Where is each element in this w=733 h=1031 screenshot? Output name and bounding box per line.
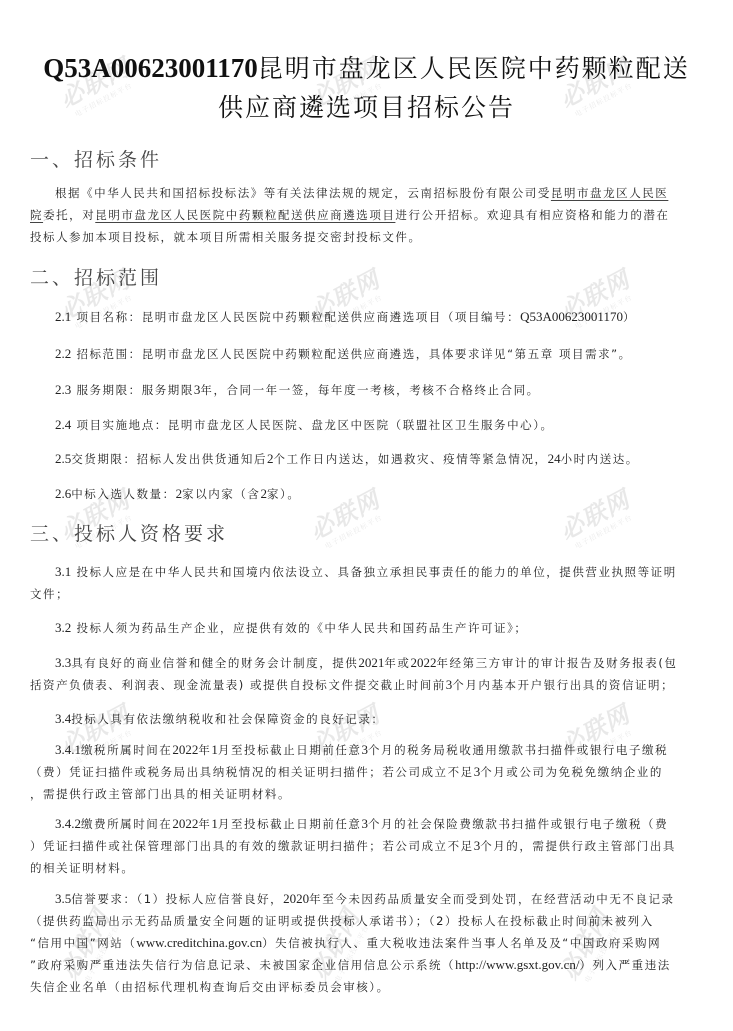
section-heading-bidding-conditions: 一、招标条件 bbox=[30, 148, 162, 172]
document-page: 必联网电子招标投标平台 必联网电子招标投标平台 必联网电子招标投标平台 必联网电… bbox=[0, 0, 733, 1031]
watermark: 必联网电子招标投标平台 bbox=[540, 257, 661, 353]
scope-item-2-2: 2.2 招标范围：昆明市盘龙区人民医院中药颗粒配送供应商遴选，具体要求详见“第五… bbox=[55, 343, 632, 365]
section-heading-bidder-qualifications: 三、投标人资格要求 bbox=[30, 522, 228, 546]
gsxt-url: http://www.gsxt.gov.cn/ bbox=[455, 957, 579, 972]
paragraph-bidding-conditions: 根据《中华人民共和国招标投标法》等有关法律法规的规定，云南招标股份有限公司受昆明… bbox=[30, 182, 700, 248]
qualification-item-3-4-1: 3.4.1缴税所属时间在2022年1月至投标截止日期前任意3个月的税务局税收通用… bbox=[30, 739, 700, 805]
qualification-item-3-1: 3.1 投标人应是在中华人民共和国境内依法设立、具备独立承担民事责任的能力的单位… bbox=[30, 561, 700, 605]
section-heading-bidding-scope: 二、招标范围 bbox=[30, 266, 162, 290]
page-title-line2: 供应商遴选项目招标公告 bbox=[0, 93, 733, 123]
scope-item-2-3: 2.3 服务期限：服务期限3年，合同一年一签，每年度一考核，考核不合格终止合同。 bbox=[55, 379, 540, 401]
qualification-item-3-4: 3.4投标人具有依法缴纳税收和社会保障资金的良好记录： bbox=[30, 708, 700, 730]
scope-item-2-4: 2.4 项目实施地点：昆明市盘龙区人民医院、盘龙区中医院（联盟社区卫生服务中心）… bbox=[55, 414, 554, 436]
qualification-item-3-3: 3.3具有良好的商业信誉和健全的财务会计制度，提供2021年或2022年经第三方… bbox=[30, 652, 700, 696]
project-code: Q53A00623001170 bbox=[43, 53, 258, 83]
qualification-item-3-2: 3.2 投标人须为药品生产企业，应提供有效的《中华人民共和国药品生产许可证》； bbox=[30, 617, 700, 639]
page-title-line1: Q53A00623001170昆明市盘龙区人民医院中药颗粒配送 bbox=[0, 53, 733, 84]
scope-item-2-6: 2.6中标入选人数量：2家以内家（含2家）。 bbox=[55, 483, 300, 505]
watermark: 必联网电子招标投标平台 bbox=[290, 477, 411, 573]
scope-item-2-5: 2.5交货期限：招标人发出供货通知后2个工作日内送达，如遇救灾、疫情等紧急情况，… bbox=[55, 448, 639, 470]
watermark: 必联网电子招标投标平台 bbox=[290, 257, 411, 353]
creditchina-url: www.creditchina.gov.cn bbox=[136, 935, 262, 950]
qualification-item-3-5: 3.5信誉要求：（1）投标人应信誉良好，2020年至今未因药品质量安全而受到处罚… bbox=[30, 888, 700, 998]
qualification-item-3-4-2: 3.4.2缴费所属时间在2022年1月至投标截止日期前任意3个月的社会保险费缴款… bbox=[30, 813, 700, 879]
watermark: 必联网电子招标投标平台 bbox=[540, 477, 661, 573]
scope-item-2-1: 2.1 项目名称：昆明市盘龙区人民医院中药颗粒配送供应商遴选项目（项目编号：Q5… bbox=[55, 306, 636, 328]
